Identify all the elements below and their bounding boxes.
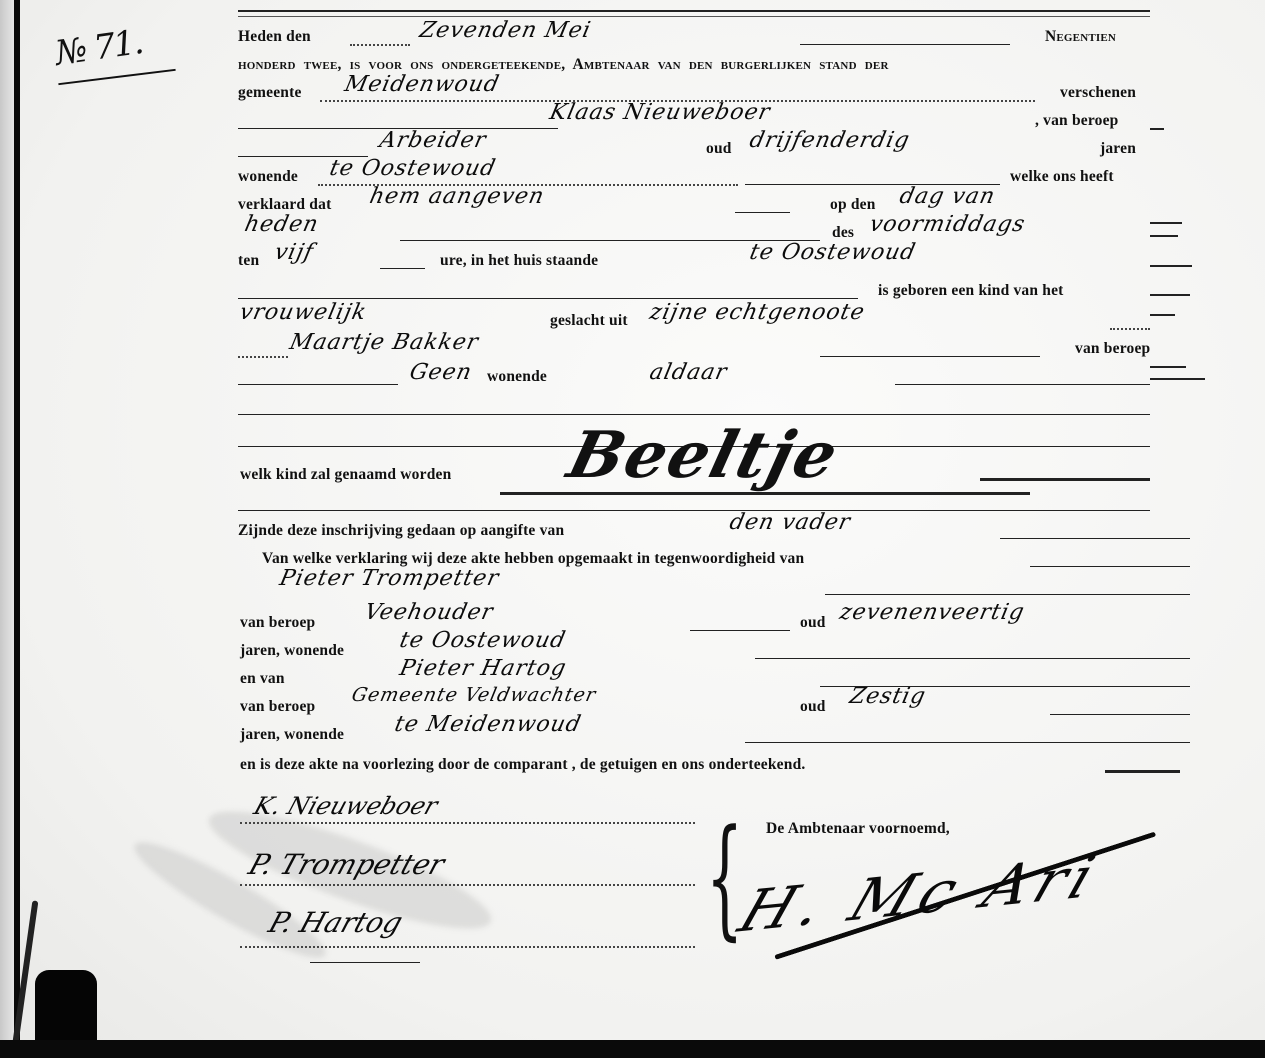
fill-line: [238, 384, 398, 385]
hw-time-of-day: voormiddags: [867, 212, 1027, 237]
label-en-van: en van: [240, 670, 285, 688]
fill-line: [800, 44, 1010, 45]
fill-line: [745, 742, 1190, 743]
label-van-beroep: , van beroep: [1035, 112, 1119, 130]
label-oud: oud: [706, 140, 732, 158]
hw-house-location: te Oostewoud: [747, 240, 918, 265]
binding-edge: [14, 0, 20, 1058]
hw-age: drijfenderdig: [747, 128, 912, 153]
fill-line: [755, 658, 1190, 659]
edge-mark: [1150, 366, 1186, 368]
fill-line: [825, 594, 1190, 595]
fill-line: [980, 478, 1150, 481]
label-ure-huis: ure, in het huis staande: [440, 252, 598, 270]
act-number: № 71.: [53, 22, 145, 74]
label-welk-kind: welk kind zal genaamd worden: [240, 466, 451, 484]
hw-witness1-name: Pieter Trompetter: [277, 566, 501, 591]
label-is-geboren: is geboren een kind van het: [878, 282, 1064, 300]
label-w1-oud: oud: [800, 614, 826, 632]
hw-mother-residence: aldaar: [647, 360, 729, 385]
hw-witness1-occupation: Veehouder: [362, 600, 495, 625]
fill-line: [735, 212, 790, 213]
page-bottom-edge: [0, 1040, 1265, 1058]
edge-mark: [1150, 235, 1178, 237]
label-w2-wonende: jaren, wonende: [240, 726, 344, 744]
label-ten: ten: [238, 252, 259, 270]
edge-mark: [1150, 314, 1175, 316]
label-official-title: De Ambtenaar voornoemd,: [766, 820, 950, 838]
hw-declarant-name: Klaas Nieuweboer: [547, 100, 773, 125]
name-underline: [500, 492, 1030, 495]
label-wonende: wonende: [238, 168, 298, 186]
hw-witness2-age: Zestig: [847, 684, 928, 709]
label-closing: en is deze akte na voorlezing door de co…: [240, 756, 805, 774]
edge-mark: [1150, 265, 1192, 267]
label-geslacht-uit: geslacht uit: [550, 312, 628, 330]
header-rule: [238, 16, 1150, 17]
page-left-edge: [0, 0, 14, 1058]
fill-dots: [238, 356, 288, 358]
label-w1-beroep: van beroep: [240, 614, 315, 632]
hw-sex: vrouwelijk: [237, 300, 369, 325]
hw-hour: vijf: [272, 240, 316, 265]
hw-date: Zevenden Mei: [417, 18, 593, 43]
hw-witness1-age: zevenenveertig: [837, 600, 1027, 625]
edge-mark: [1150, 378, 1205, 380]
hw-spouse-ref: zijne echtgenoote: [647, 300, 867, 325]
hw-occupation: Arbeider: [377, 128, 488, 153]
fill-line: [238, 510, 1150, 511]
edge-mark: [1150, 128, 1164, 130]
hw-witness2-name: Pieter Hartog: [397, 656, 569, 681]
signature-declarant: K. Nieuweboer: [250, 792, 441, 820]
hw-informant: den vader: [727, 510, 853, 535]
fill-line: [1050, 714, 1190, 715]
label-op-den: op den: [830, 196, 876, 214]
hw-heden: heden: [242, 212, 321, 237]
label-heden-den: Heden den: [238, 28, 311, 46]
hw-mother-name: Maartje Bakker: [287, 330, 481, 355]
fill-line: [1030, 566, 1190, 567]
fill-line: [238, 414, 1150, 415]
hw-mother-occupation: Geen: [407, 360, 474, 385]
label-van-beroep-2: van beroep: [1075, 340, 1150, 358]
label-gemeente: gemeente: [238, 84, 302, 102]
header-rule: [238, 10, 1150, 12]
label-jaren: jaren: [1100, 140, 1136, 158]
label-w2-oud: oud: [800, 698, 826, 716]
signature-witness1: P. Trompetter: [245, 848, 449, 881]
signature-official: H. Mc Ari: [730, 842, 1109, 945]
fill-line: [380, 268, 425, 269]
hw-declared: hem aangeven: [367, 184, 546, 209]
edge-mark: [1150, 222, 1182, 224]
fill-dots: [1110, 328, 1150, 330]
hw-child-name: Beeltje: [561, 418, 847, 493]
fill-line: [1000, 538, 1190, 539]
ink-blot: [35, 970, 97, 1050]
fill-line: [820, 356, 1040, 357]
scanned-document-page: № 71. Heden den Zevenden Mei Negentien h…: [0, 0, 1265, 1058]
fill-line: [238, 298, 858, 299]
signature-line: [240, 884, 695, 886]
signature-line: [240, 946, 695, 948]
hw-birth-day: dag van: [897, 184, 997, 209]
fill-line: [1105, 770, 1180, 773]
hw-witness1-residence: te Oostewoud: [397, 628, 568, 653]
label-negentien: Negentien: [1045, 28, 1116, 46]
fill-dots: [350, 44, 410, 46]
hw-witness2-residence: te Meidenwoud: [392, 712, 583, 737]
label-w2-beroep: van beroep: [240, 698, 315, 716]
label-aangifte: Zijnde deze inschrijving gedaan op aangi…: [238, 522, 564, 540]
signature-witness2: P. Hartog: [265, 906, 407, 939]
hw-residence: te Oostewoud: [327, 156, 498, 181]
signature-line: [240, 822, 695, 824]
label-welke-ons-heeft: welke ons heeft: [1010, 168, 1114, 186]
label-verschenen: verschenen: [1060, 84, 1136, 102]
hw-municipality: Meidenwoud: [342, 72, 502, 97]
hw-witness2-occupation: Gemeente Veldwachter: [350, 684, 599, 706]
label-w1-wonende: jaren, wonende: [240, 642, 344, 660]
label-wonende-2: wonende: [487, 368, 547, 386]
fill-line: [895, 384, 1150, 385]
edge-mark: [1150, 294, 1190, 296]
fill-line: [690, 630, 790, 631]
signature-flourish: [310, 962, 420, 963]
